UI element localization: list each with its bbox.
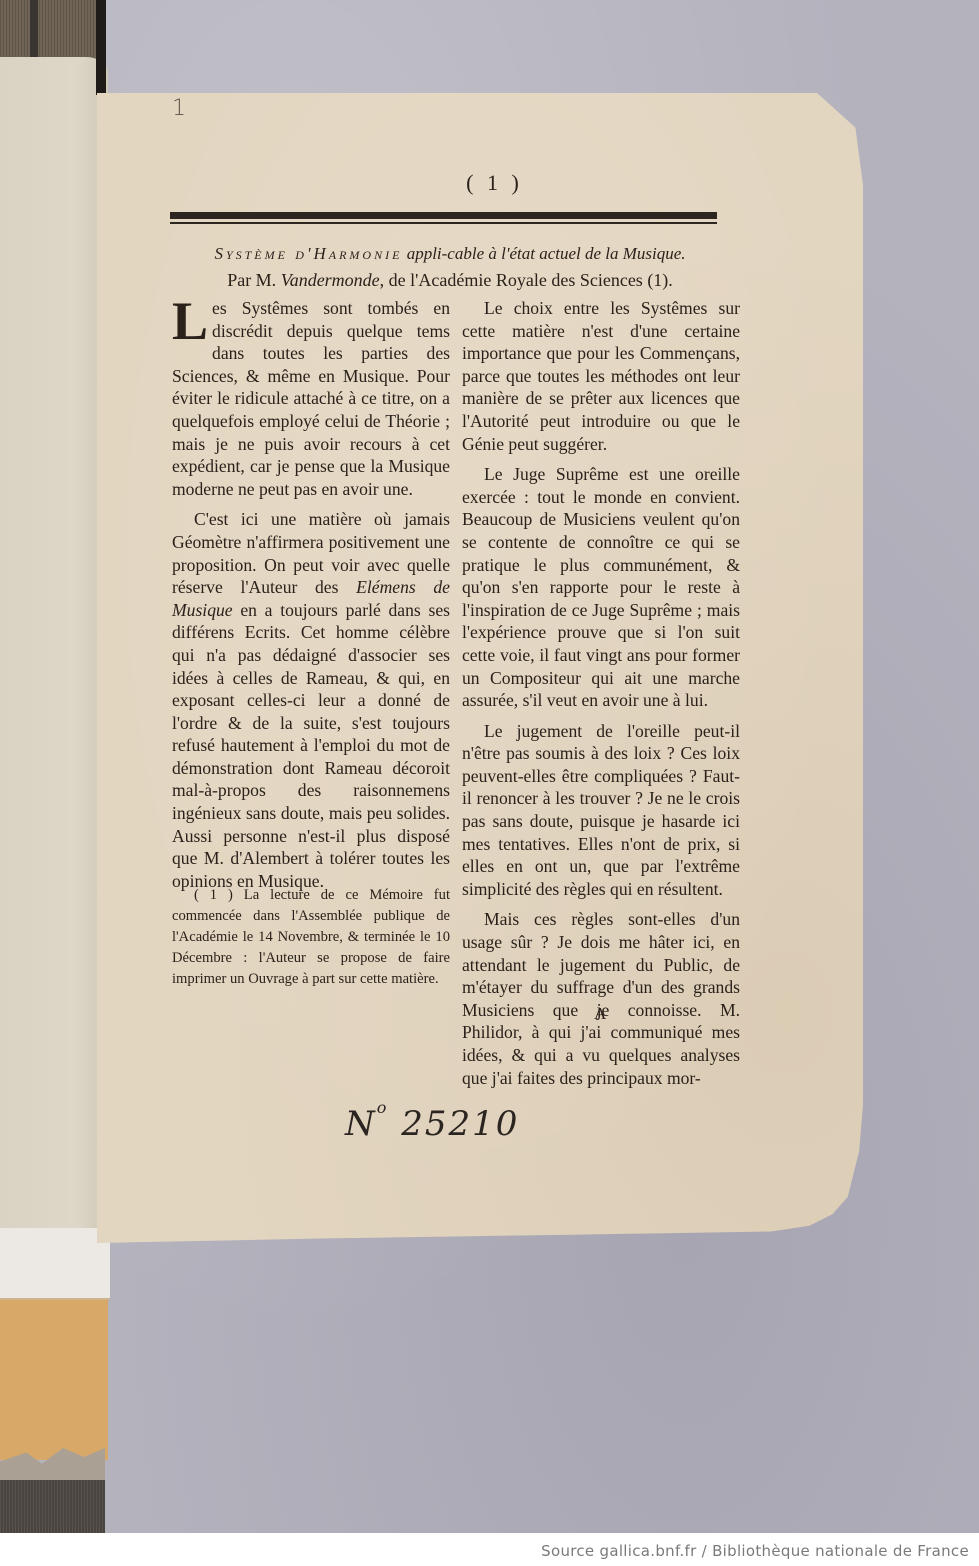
binding-cloth-bottom <box>0 1480 105 1533</box>
signature-mark: A <box>594 1004 606 1024</box>
byline: Par M. Vandermonde, de l'Académie Royale… <box>165 269 735 291</box>
paragraph: C'est ici une matière où jamais Géomètre… <box>172 508 450 892</box>
paragraph: Mais ces règles sont-elles d'un usage sû… <box>462 908 740 1089</box>
drop-cap: L <box>172 299 208 343</box>
header-rule-thick <box>170 212 717 219</box>
handwritten-shelfmark: No 25210 <box>345 1098 519 1144</box>
byline-author: Vandermonde <box>281 270 380 290</box>
scan-background: 1 ( 1 ) Système d'Harmonie appli-cable à… <box>0 0 979 1533</box>
source-credit: Source gallica.bnf.fr / Bibliothèque nat… <box>541 1542 969 1560</box>
byline-pre: Par M. <box>227 270 281 290</box>
facing-page-orange-cover <box>0 1300 108 1460</box>
gutter-shadow <box>96 0 106 95</box>
title-caps: Système d'Harmonie <box>214 244 402 263</box>
byline-post: , de l'Académie Royale des Sciences (1). <box>380 270 673 290</box>
paragraph: Les Systêmes sont tombés en discrédit de… <box>172 297 450 500</box>
left-column: Les Systêmes sont tombés en discrédit de… <box>172 297 450 892</box>
shelfmark-number: 25210 <box>401 1104 519 1144</box>
paragraph: Le jugement de l'oreille peut-il n'être … <box>462 720 740 901</box>
header-rule-thin <box>170 222 717 224</box>
binding-stitch <box>30 0 38 60</box>
document-title: Système d'Harmonie appli-cable à l'état … <box>165 243 735 265</box>
shelfmark-prefix: N <box>345 1104 377 1144</box>
binding-cloth <box>0 0 100 60</box>
title-rest: appli-cable à l'état actuel de la Musiqu… <box>402 244 685 263</box>
paragraph: Le Juge Suprême est une oreille exercée … <box>462 463 740 712</box>
footnote-text: ( 1 ) La lecture de ce Mémoire fut comme… <box>172 885 450 990</box>
paragraph: Le choix entre les Systêmes sur cette ma… <box>462 297 740 455</box>
facing-page-white-band <box>0 1228 110 1300</box>
right-column: Le choix entre les Systêmes sur cette ma… <box>462 297 740 1089</box>
shelfmark-sup: o <box>377 1098 389 1117</box>
facing-page-edge <box>0 57 108 1272</box>
page-number: ( 1 ) <box>0 170 979 196</box>
pencil-folio: 1 <box>172 96 186 121</box>
paragraph-text: en a toujours parlé dans ses différens E… <box>172 600 450 891</box>
paragraph-text: es Systêmes sont tombés en discrédit dep… <box>172 298 450 499</box>
footnote: ( 1 ) La lecture de ce Mémoire fut comme… <box>172 885 450 990</box>
